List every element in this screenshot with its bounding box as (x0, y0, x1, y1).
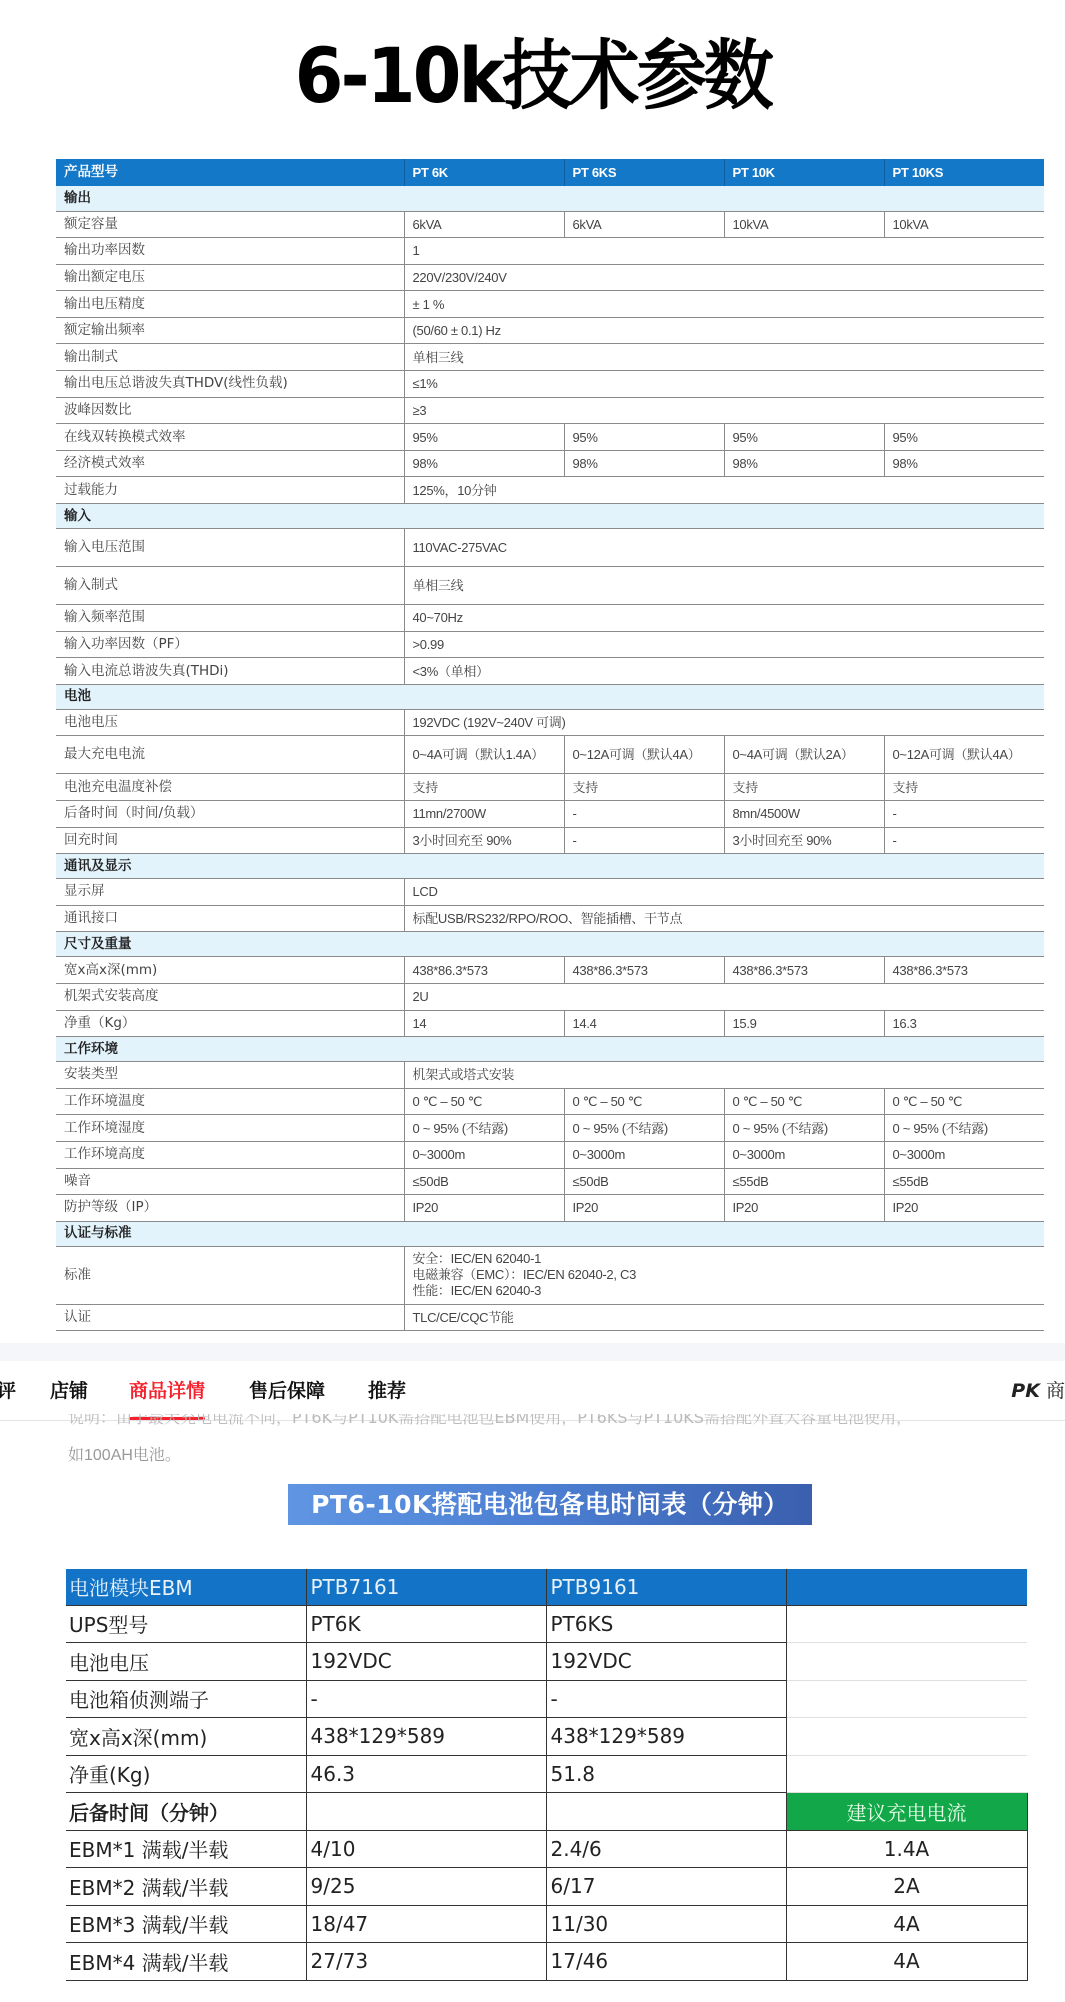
table-row: 机架式安装高度2U (56, 983, 1044, 1010)
table-row: 电池箱侦测端子-- (66, 1680, 1027, 1718)
row-label: 工作环境温度 (56, 1088, 404, 1115)
cell: 192VDC (192V~240V 可调) (404, 709, 1044, 736)
cell: 9/25 (306, 1868, 546, 1906)
row-label: 输出电压精度 (56, 291, 404, 318)
table-row: 波峰因数比≥3 (56, 397, 1044, 424)
cell (786, 1755, 1027, 1793)
cell: ≤50dB (404, 1168, 564, 1195)
section-label: 尺寸及重量 (56, 932, 1044, 957)
cell: 0~4A可调（默认1.4A） (404, 736, 564, 774)
pk-compare-button[interactable]: PK 商 (1011, 1361, 1065, 1421)
table-row: 后备时间（分钟）建议充电电流 (66, 1793, 1027, 1831)
row-label: 输入频率范围 (56, 605, 404, 632)
row-label: 过载能力 (56, 477, 404, 504)
table-row: 回充时间3小时回充至 90%-3小时回充至 90%- (56, 827, 1044, 854)
product-tab-bar: 评 店铺 商品详情 售后保障 推荐 PK 商 (0, 1361, 1065, 1421)
section-row: 输入 (56, 504, 1044, 529)
cell: 192VDC (306, 1643, 546, 1681)
cell: ≤1% (404, 371, 1044, 398)
cell: 3小时回充至 90% (404, 827, 564, 854)
table-row: 输出额定电压220V/230V/240V (56, 264, 1044, 291)
row-label: 输出功率因数 (56, 238, 404, 265)
cell: 95% (564, 424, 724, 451)
header-cell (786, 1569, 1027, 1605)
table-row: 最大充电电流0~4A可调（默认1.4A）0~12A可调（默认4A）0~4A可调（… (56, 736, 1044, 774)
backup-time-banner: PT6-10K搭配电池包备电时间表（分钟） (288, 1484, 812, 1525)
note-line-clipped: 说明：由于最大充电电流不同，PT6K与PT10K需搭配电池包EBM使用，PT6K… (68, 1414, 912, 1426)
cell: 11/30 (546, 1905, 786, 1943)
battery-header-row: 电池模块EBM PTB7161 PTB9161 (66, 1569, 1027, 1605)
table-row: 输出电压总谐波失真THDV(线性负载)≤1% (56, 371, 1044, 398)
cell: 6kVA (404, 211, 564, 238)
row-label: 防护等级（IP） (56, 1195, 404, 1222)
row-label: 净重(Kg) (66, 1755, 306, 1793)
cell: 2U (404, 983, 1044, 1010)
spec-table: 产品型号 PT 6K PT 6KS PT 10K PT 10KS 输出 额定容量… (56, 159, 1044, 1331)
section-row: 输出 (56, 186, 1044, 211)
row-label: 波峰因数比 (56, 397, 404, 424)
table-row: EBM*4 满载/半载27/7317/464A (66, 1943, 1027, 1981)
table-row: 额定容量6kVA6kVA10kVA10kVA (56, 211, 1044, 238)
section-row: 工作环境 (56, 1037, 1044, 1062)
cell: 支持 (884, 774, 1044, 801)
cell: - (306, 1680, 546, 1718)
section-row: 尺寸及重量 (56, 932, 1044, 957)
row-label: 认证 (56, 1304, 404, 1331)
cell: - (546, 1680, 786, 1718)
cell: 16.3 (884, 1010, 1044, 1037)
cell: 192VDC (546, 1643, 786, 1681)
cell: <3%（单相） (404, 658, 1044, 685)
table-row: 标准安全：IEC/EN 62040-1电磁兼容（EMC）：IEC/EN 6204… (56, 1246, 1044, 1304)
table-row: 工作环境高度0~3000m0~3000m0~3000m0~3000m (56, 1141, 1044, 1168)
battery-table: 电池模块EBM PTB7161 PTB9161 UPS型号PT6KPT6KS 电… (66, 1569, 1028, 1981)
cell: 支持 (724, 774, 884, 801)
section-row: 认证与标准 (56, 1221, 1044, 1246)
cell: PT6KS (546, 1605, 786, 1643)
row-label: 输出电压总谐波失真THDV(线性负载) (56, 371, 404, 398)
standard-line: 性能：IEC/EN 62040-3 (413, 1283, 1037, 1299)
cell: 6/17 (546, 1868, 786, 1906)
row-label: 噪音 (56, 1168, 404, 1195)
row-label: UPS型号 (66, 1605, 306, 1643)
cell: 0 ~ 95% (不结露) (884, 1115, 1044, 1142)
cell: 438*129*589 (306, 1718, 546, 1756)
cell: 0~3000m (884, 1141, 1044, 1168)
table-row: 通讯接口标配USB/RS232/RPO/ROO、智能插槽、干节点 (56, 905, 1044, 932)
tab-after-sales[interactable]: 售后保障 (249, 1361, 325, 1421)
table-row: 后备时间（时间/负载）11mn/2700W-8mn/4500W- (56, 801, 1044, 828)
pk-label: PK (1011, 1380, 1040, 1402)
charge-current-header: 建议充电电流 (786, 1793, 1027, 1831)
table-row: 额定输出频率(50/60 ± 0.1) Hz (56, 317, 1044, 344)
cell: LCD (404, 879, 1044, 906)
row-label: 后备时间（时间/负载） (56, 801, 404, 828)
cell: 51.8 (546, 1755, 786, 1793)
row-label: 电池电压 (56, 709, 404, 736)
row-label: 电池电压 (66, 1643, 306, 1681)
cell: 3小时回充至 90% (724, 827, 884, 854)
section-divider (0, 1343, 1065, 1361)
section-row: 通讯及显示 (56, 854, 1044, 879)
cell: 2.4/6 (546, 1830, 786, 1868)
cell: 18/47 (306, 1905, 546, 1943)
cell: 4A (786, 1943, 1027, 1981)
cell: IP20 (564, 1195, 724, 1222)
pk-suffix: 商 (1046, 1380, 1065, 1402)
cell: 0 ℃ – 50 ℃ (404, 1088, 564, 1115)
header-cell: PT 10K (724, 159, 884, 186)
cell: IP20 (404, 1195, 564, 1222)
row-label: 宽x高x深(mm) (56, 957, 404, 984)
table-row: 过载能力125%，10分钟 (56, 477, 1044, 504)
cell: 125%，10分钟 (404, 477, 1044, 504)
cell: 17/46 (546, 1943, 786, 1981)
cell: 0 ~ 95% (不结露) (724, 1115, 884, 1142)
section-label: 认证与标准 (56, 1221, 1044, 1246)
row-label: EBM*1 满载/半载 (66, 1830, 306, 1868)
table-row: 认证TLC/CE/CQC节能 (56, 1304, 1044, 1331)
cell: 0 ~ 95% (不结露) (404, 1115, 564, 1142)
header-cell: PT 6KS (564, 159, 724, 186)
cell: 支持 (564, 774, 724, 801)
row-label: EBM*4 满载/半载 (66, 1943, 306, 1981)
section-label: 输入 (56, 504, 1044, 529)
cell: IP20 (884, 1195, 1044, 1222)
header-cell: 电池模块EBM (66, 1569, 306, 1605)
cell: 95% (404, 424, 564, 451)
cell: 单相三线 (404, 344, 1044, 371)
row-label: 额定输出频率 (56, 317, 404, 344)
cell: TLC/CE/CQC节能 (404, 1304, 1044, 1331)
cell: 8mn/4500W (724, 801, 884, 828)
cell: 0~3000m (724, 1141, 884, 1168)
header-cell: PT 10KS (884, 159, 1044, 186)
cell (786, 1718, 1027, 1756)
cell: 安全：IEC/EN 62040-1电磁兼容（EMC）：IEC/EN 62040-… (404, 1246, 1044, 1304)
cell: 95% (724, 424, 884, 451)
row-label: 最大充电电流 (56, 736, 404, 774)
table-row: EBM*3 满载/半载18/4711/304A (66, 1905, 1027, 1943)
note-line: 如100AH电池。 (68, 1442, 181, 1465)
cell: 标配USB/RS232/RPO/ROO、智能插槽、干节点 (404, 905, 1044, 932)
spec-image-region: 产品型号 PT 6K PT 6KS PT 10K PT 10KS 输出 额定容量… (0, 0, 1065, 1343)
cell: 98% (404, 450, 564, 477)
table-row: 宽x高x深(mm)438*86.3*573438*86.3*573438*86.… (56, 957, 1044, 984)
row-label: 输入制式 (56, 567, 404, 605)
cell: 支持 (404, 774, 564, 801)
header-cell: PTB9161 (546, 1569, 786, 1605)
spec-header-row: 产品型号 PT 6K PT 6KS PT 10K PT 10KS (56, 159, 1044, 186)
row-label: 输入功率因数（PF） (56, 631, 404, 658)
cell: - (884, 801, 1044, 828)
row-label: 工作环境高度 (56, 1141, 404, 1168)
row-label: 输入电压范围 (56, 529, 404, 567)
table-row: EBM*2 满载/半载9/256/172A (66, 1868, 1027, 1906)
cell: 0 ℃ – 50 ℃ (724, 1088, 884, 1115)
table-row: 输出功率因数1 (56, 238, 1044, 265)
table-row: 输入功率因数（PF）>0.99 (56, 631, 1044, 658)
cell: ≤55dB (884, 1168, 1044, 1195)
row-label: 经济模式效率 (56, 450, 404, 477)
cell: 2A (786, 1868, 1027, 1906)
cell: 14 (404, 1010, 564, 1037)
cell (306, 1793, 546, 1831)
cell: 0~3000m (564, 1141, 724, 1168)
section-label: 电池 (56, 684, 1044, 709)
table-row: 输入频率范围40~70Hz (56, 605, 1044, 632)
cell: PT6K (306, 1605, 546, 1643)
cell: 0~3000m (404, 1141, 564, 1168)
cell: 6kVA (564, 211, 724, 238)
cell: 11mn/2700W (404, 801, 564, 828)
cell: 110VAC-275VAC (404, 529, 1044, 567)
cell: 4/10 (306, 1830, 546, 1868)
header-cell: PT 6K (404, 159, 564, 186)
cell: - (884, 827, 1044, 854)
cell: ± 1 % (404, 291, 1044, 318)
table-row: 工作环境温度0 ℃ – 50 ℃0 ℃ – 50 ℃0 ℃ – 50 ℃0 ℃ … (56, 1088, 1044, 1115)
section-label: 输出 (56, 186, 1044, 211)
cell: 0~12A可调（默认4A） (884, 736, 1044, 774)
cell: >0.99 (404, 631, 1044, 658)
cell: - (564, 801, 724, 828)
row-label: 输出制式 (56, 344, 404, 371)
cell: ≤50dB (564, 1168, 724, 1195)
tab-product-details[interactable]: 商品详情 (129, 1361, 205, 1421)
cell: 98% (724, 450, 884, 477)
row-label: 机架式安装高度 (56, 983, 404, 1010)
cell: 1 (404, 238, 1044, 265)
cell: 46.3 (306, 1755, 546, 1793)
table-row: 净重（Kg）1414.415.916.3 (56, 1010, 1044, 1037)
row-label: 后备时间（分钟） (66, 1793, 306, 1831)
row-label: EBM*2 满载/半载 (66, 1868, 306, 1906)
table-row: 显示屏LCD (56, 879, 1044, 906)
tab-shop[interactable]: 店铺 (50, 1361, 88, 1421)
cell: IP20 (724, 1195, 884, 1222)
cell: 98% (564, 450, 724, 477)
cell: 0~4A可调（默认2A） (724, 736, 884, 774)
row-label: EBM*3 满载/半载 (66, 1905, 306, 1943)
cell: 27/73 (306, 1943, 546, 1981)
cell: 438*86.3*573 (404, 957, 564, 984)
cell: 单相三线 (404, 567, 1044, 605)
header-cell: 产品型号 (56, 159, 404, 186)
cell: 220V/230V/240V (404, 264, 1044, 291)
table-row: 输出电压精度± 1 % (56, 291, 1044, 318)
table-row: 噪音≤50dB≤50dB≤55dB≤55dB (56, 1168, 1044, 1195)
cell: - (564, 827, 724, 854)
cell: 1.4A (786, 1830, 1027, 1868)
standard-line: 电磁兼容（EMC）：IEC/EN 62040-2, C3 (413, 1267, 1037, 1283)
row-label: 净重（Kg） (56, 1010, 404, 1037)
table-row: 在线双转换模式效率95%95%95%95% (56, 424, 1044, 451)
row-label: 输入电流总谐波失真(THDi) (56, 658, 404, 685)
row-label: 电池充电温度补偿 (56, 774, 404, 801)
cell: (50/60 ± 0.1) Hz (404, 317, 1044, 344)
cell (786, 1605, 1027, 1643)
table-row: 工作环境湿度0 ~ 95% (不结露)0 ~ 95% (不结露)0 ~ 95% … (56, 1115, 1044, 1142)
row-label: 宽x高x深(mm) (66, 1718, 306, 1756)
cell: 0 ~ 95% (不结露) (564, 1115, 724, 1142)
row-label: 工作环境湿度 (56, 1115, 404, 1142)
table-row: 防护等级（IP）IP20IP20IP20IP20 (56, 1195, 1044, 1222)
cell: 40~70Hz (404, 605, 1044, 632)
table-row: 净重(Kg)46.351.8 (66, 1755, 1027, 1793)
row-label: 通讯接口 (56, 905, 404, 932)
cell: ≥3 (404, 397, 1044, 424)
table-row: UPS型号PT6KPT6KS (66, 1605, 1027, 1643)
cell: 98% (884, 450, 1044, 477)
table-row: 输入电流总谐波失真(THDi)<3%（单相） (56, 658, 1044, 685)
cell: ≤55dB (724, 1168, 884, 1195)
cell (786, 1680, 1027, 1718)
cell: 438*129*589 (546, 1718, 786, 1756)
row-label: 回充时间 (56, 827, 404, 854)
cell: 438*86.3*573 (564, 957, 724, 984)
table-row: EBM*1 满载/半载4/102.4/61.4A (66, 1830, 1027, 1868)
row-label: 标准 (56, 1246, 404, 1304)
table-row: 输入制式单相三线 (56, 567, 1044, 605)
table-row: 电池电压192VDC192VDC (66, 1643, 1027, 1681)
cell: 机架式或塔式安装 (404, 1062, 1044, 1089)
tab-recommend[interactable]: 推荐 (368, 1361, 406, 1421)
row-label: 额定容量 (56, 211, 404, 238)
section-label: 工作环境 (56, 1037, 1044, 1062)
cell: 0~12A可调（默认4A） (564, 736, 724, 774)
row-label: 输出额定电压 (56, 264, 404, 291)
cell: 0 ℃ – 50 ℃ (884, 1088, 1044, 1115)
cell: 95% (884, 424, 1044, 451)
cell (546, 1793, 786, 1831)
row-label: 在线双转换模式效率 (56, 424, 404, 451)
cell: 438*86.3*573 (884, 957, 1044, 984)
table-row: 输入电压范围110VAC-275VAC (56, 529, 1044, 567)
table-row: 电池充电温度补偿支持支持支持支持 (56, 774, 1044, 801)
cell: 10kVA (884, 211, 1044, 238)
table-row: 电池电压192VDC (192V~240V 可调) (56, 709, 1044, 736)
row-label: 电池箱侦测端子 (66, 1680, 306, 1718)
row-label: 安装类型 (56, 1062, 404, 1089)
row-label: 显示屏 (56, 879, 404, 906)
tab-reviews[interactable]: 评 (0, 1361, 16, 1421)
table-row: 输出制式单相三线 (56, 344, 1044, 371)
cell: 438*86.3*573 (724, 957, 884, 984)
cell: 10kVA (724, 211, 884, 238)
cell: 15.9 (724, 1010, 884, 1037)
cell: 0 ℃ – 50 ℃ (564, 1088, 724, 1115)
section-label: 通讯及显示 (56, 854, 1044, 879)
header-cell: PTB7161 (306, 1569, 546, 1605)
cell (786, 1643, 1027, 1681)
table-row: 宽x高x深(mm)438*129*589438*129*589 (66, 1718, 1027, 1756)
section-row: 电池 (56, 684, 1044, 709)
cell: 4A (786, 1905, 1027, 1943)
standard-line: 安全：IEC/EN 62040-1 (413, 1251, 1037, 1267)
cell: 14.4 (564, 1010, 724, 1037)
table-row: 安装类型机架式或塔式安装 (56, 1062, 1044, 1089)
table-row: 经济模式效率98%98%98%98% (56, 450, 1044, 477)
